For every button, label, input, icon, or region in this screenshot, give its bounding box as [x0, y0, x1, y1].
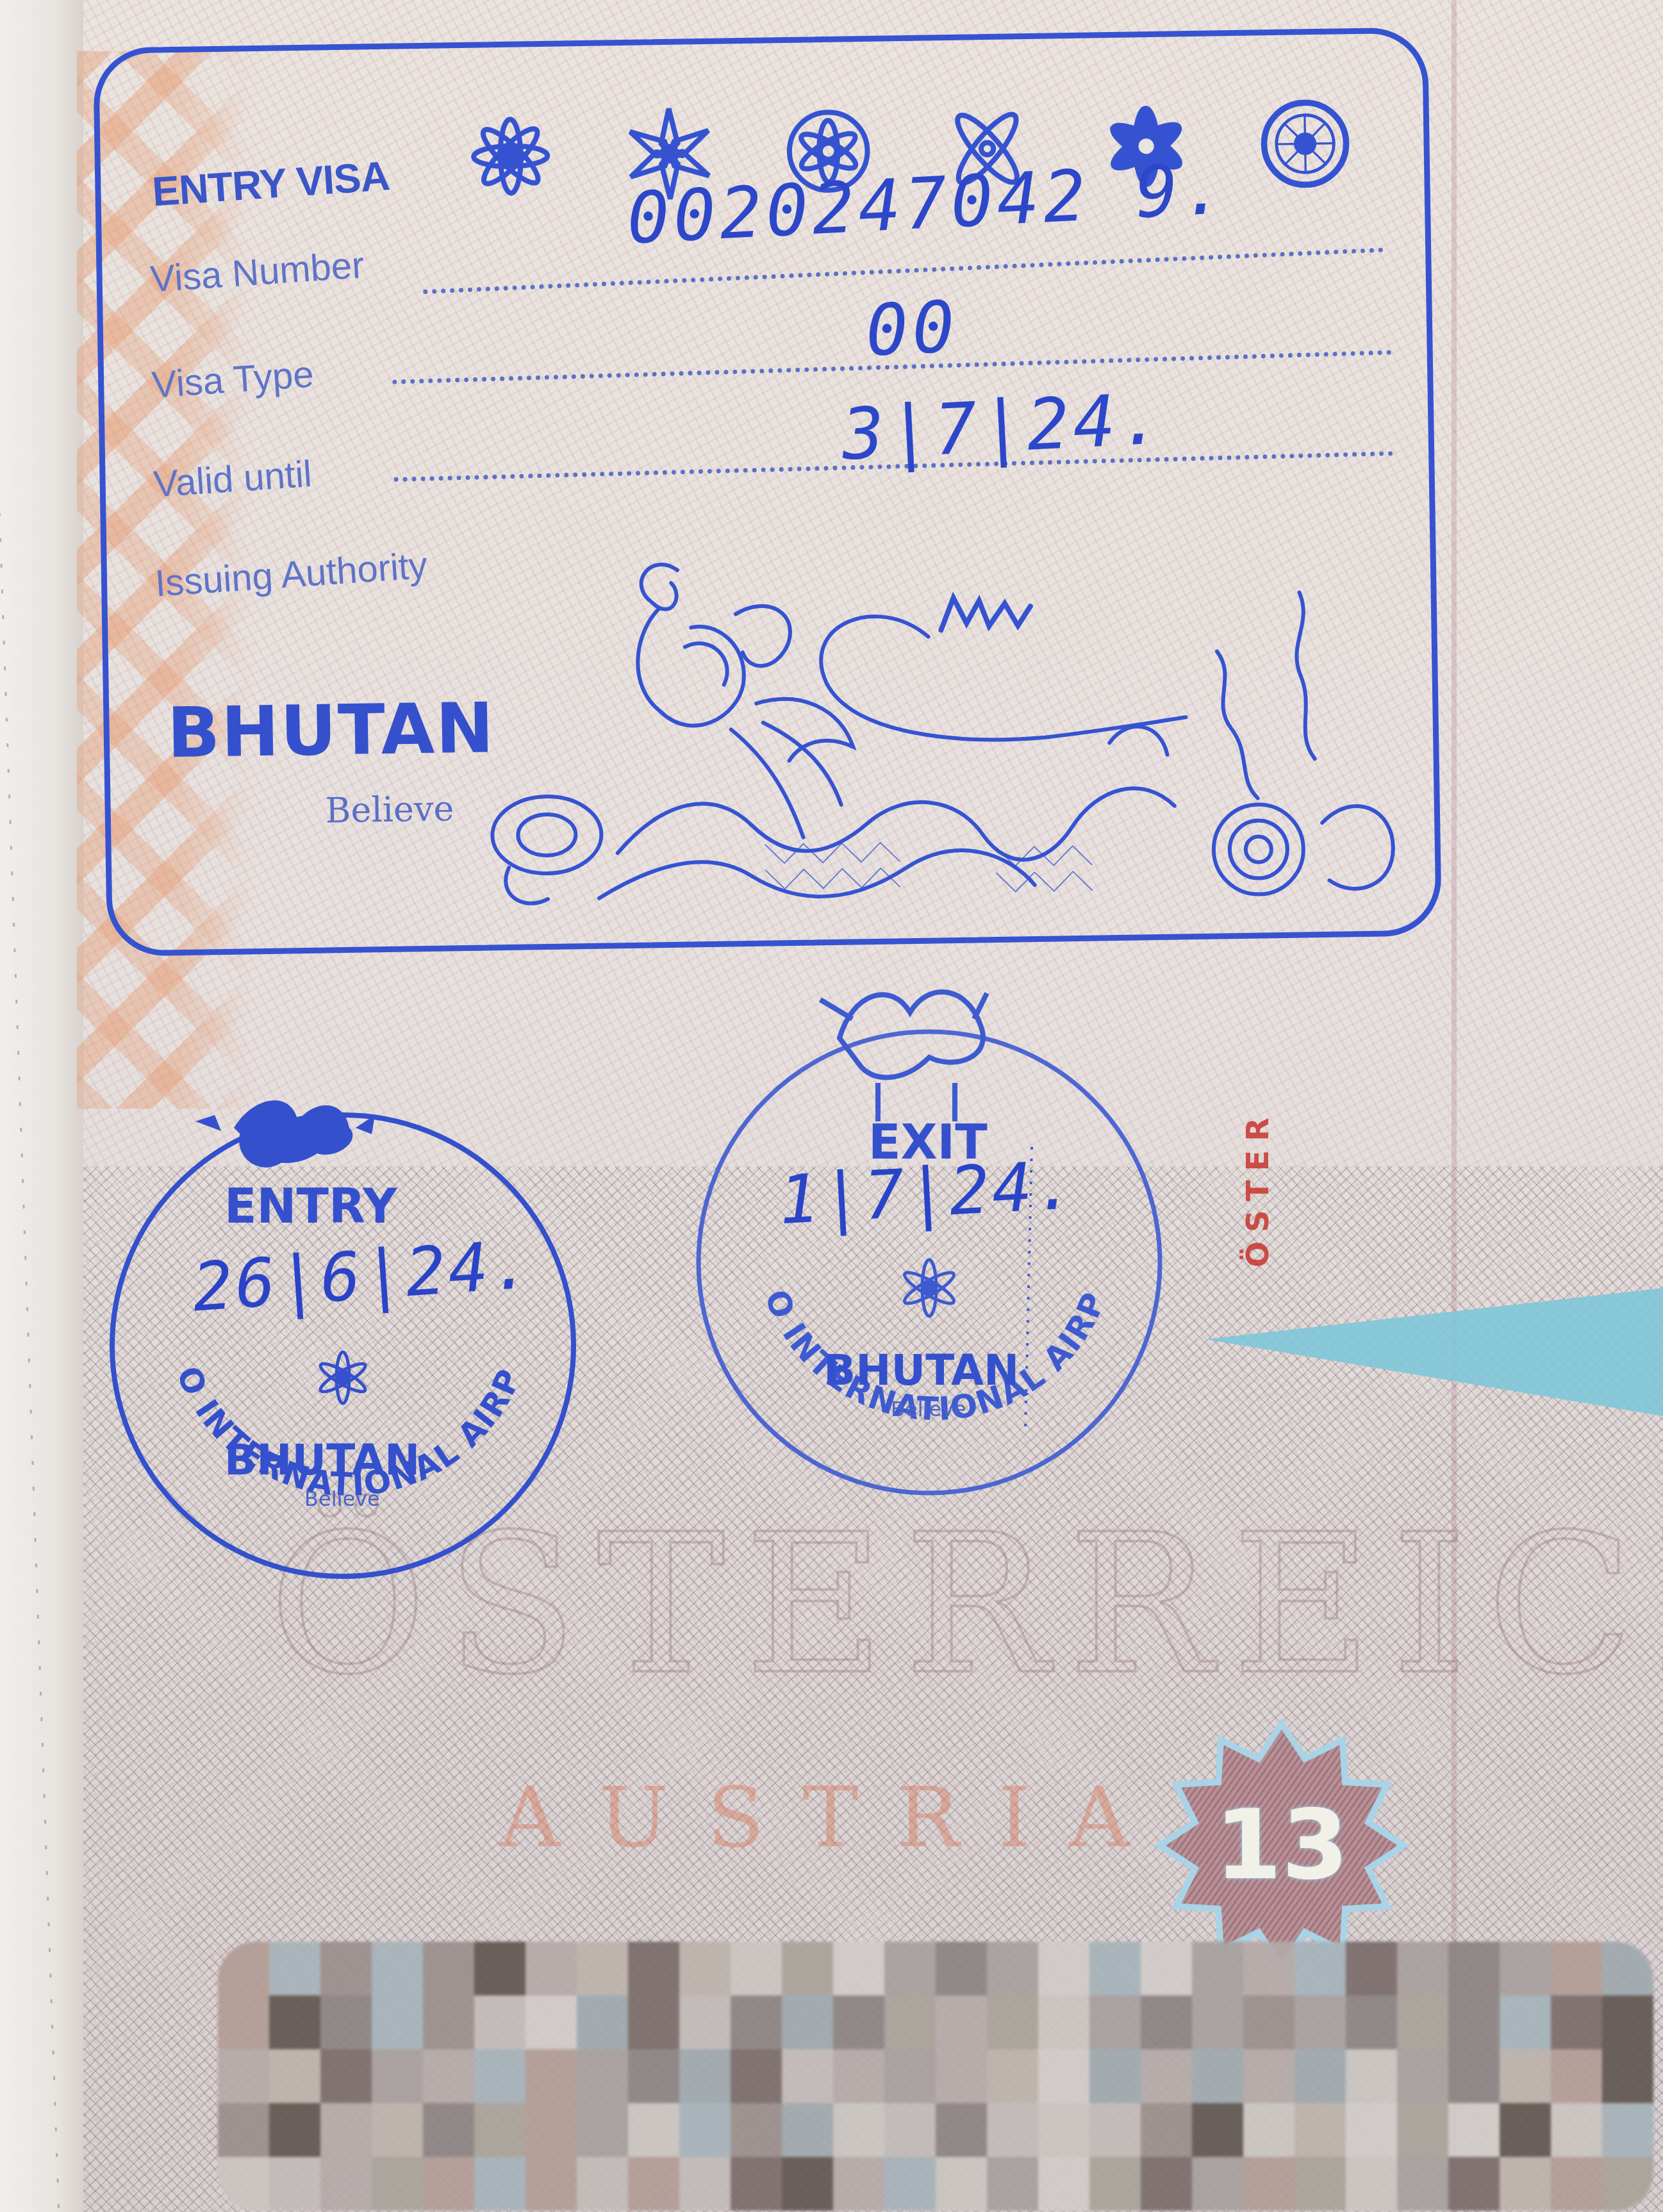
dragon-icon — [466, 546, 1420, 920]
entry-stamp-tagline: Believe — [304, 1487, 380, 1511]
entry-visa-stamp: ENTRY VISA Visa Number 0020247042 9. Vis… — [93, 27, 1442, 957]
visa-type-label: Visa Type — [151, 353, 315, 407]
exit-stamp-date: 1|7|24. — [777, 1146, 1079, 1239]
exit-stamp-brand: BHUTAN — [823, 1346, 1019, 1395]
security-vertical-line — [1452, 0, 1457, 2212]
exit-stamp: PARO INTERNATIONAL AIRPORT EXIT 1|7|24. … — [686, 955, 1160, 1429]
valid-until-label: Valid until — [152, 452, 313, 506]
issuing-authority-label: Issuing Authority — [154, 544, 429, 606]
entry-stamp-brand: BHUTAN — [224, 1435, 420, 1485]
valid-until-value: 3|7|24. — [840, 377, 1168, 475]
page-number: 13 — [1147, 1704, 1416, 1974]
visa-number-label: Visa Number — [149, 243, 365, 301]
visa-type-value: 00 — [864, 285, 961, 372]
bhutan-logo: BHUTAN — [167, 688, 496, 773]
visa-title: ENTRY VISA — [151, 152, 391, 215]
page-number-badge: 13 — [1147, 1704, 1416, 1974]
flower-icon — [458, 98, 563, 215]
watermark-austria: AUSTRIA — [500, 1769, 1168, 1866]
wheel-icon — [1253, 85, 1357, 202]
signature-mark — [820, 611, 1186, 742]
dragon-icon — [820, 992, 987, 1121]
bhutan-tagline: Believe — [325, 788, 454, 830]
mrz-redacted — [218, 1942, 1653, 2211]
flower-icon — [317, 1352, 368, 1403]
flower-icon — [901, 1260, 957, 1316]
entry-stamp-title: ENTRY — [224, 1179, 397, 1234]
entry-stamp: PARO INTERNATIONAL AIRPORT ENTRY 26|6|24… — [106, 1102, 580, 1576]
dragon-icon — [195, 1100, 375, 1168]
exit-stamp-tagline: Believe — [891, 1397, 966, 1421]
visa-number-line — [423, 247, 1384, 293]
page-binding-edge — [0, 0, 83, 2212]
security-red-print: ÖSTER — [1240, 1109, 1276, 1267]
